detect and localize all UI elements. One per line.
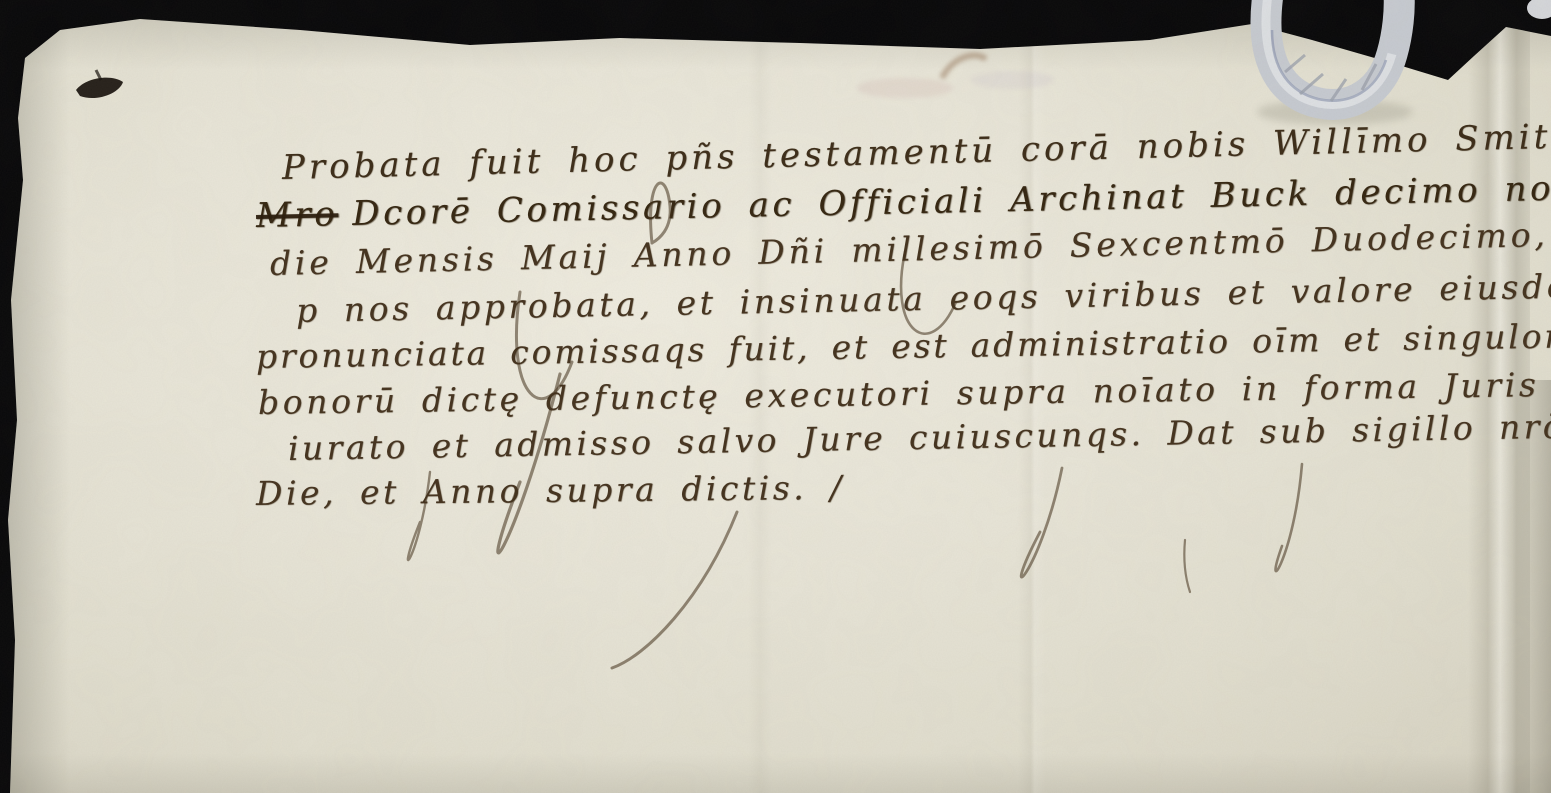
paper-grain-overlay bbox=[0, 0, 1551, 793]
manuscript-photo: Probata fuit hoc pñs testamentū corā nob… bbox=[0, 0, 1551, 793]
